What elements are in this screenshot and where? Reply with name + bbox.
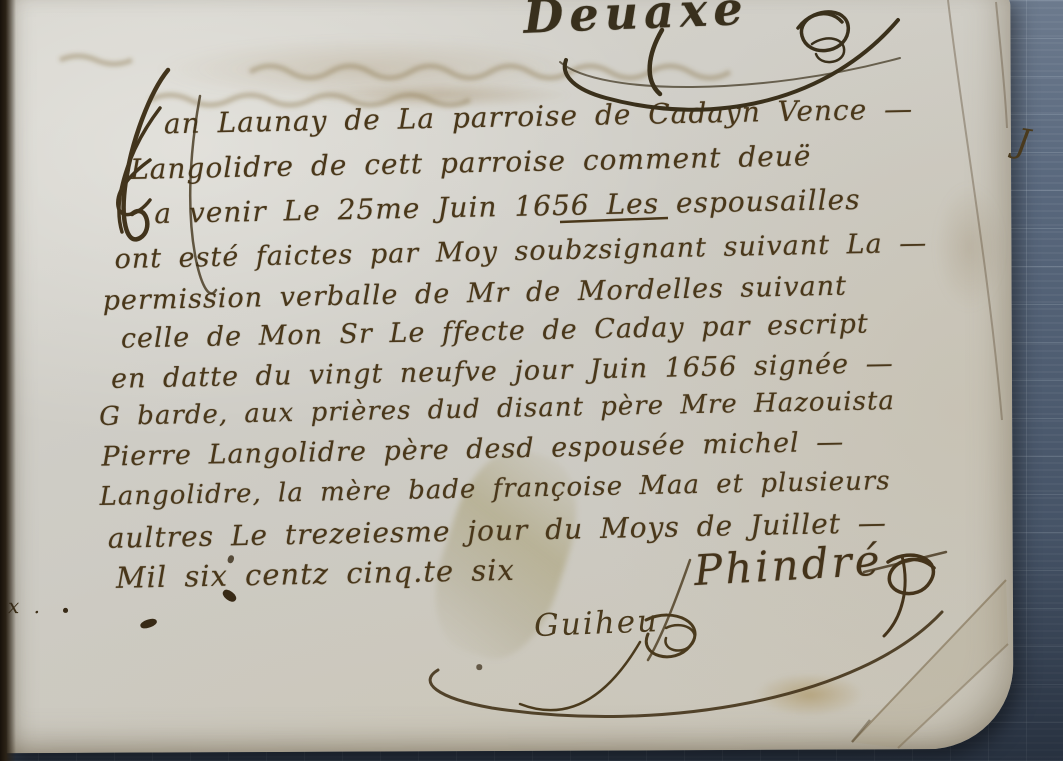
manuscript-line: Pierre Langolidre père desd espousée mic… — [101, 427, 844, 473]
manuscript-line: permission verballe de Mr de Mordelles s… — [102, 271, 847, 317]
header-flourished-word: Deuaxe — [522, 0, 749, 44]
manuscript-line: Mil six centz cinq.te six — [116, 553, 516, 595]
signature-guiheu: Guiheu — [533, 603, 659, 644]
manuscript-line: celle de Mon Sr Le ffecte de Caday par e… — [121, 309, 869, 355]
ink-speck — [476, 664, 482, 670]
paper-stain — [154, 36, 584, 102]
manuscript-line: ont esté faictes par Moy soubzsignant su… — [114, 228, 927, 275]
manuscript-line: G barde, aux prières dud disant père Mre… — [99, 386, 895, 432]
paper-stain — [754, 672, 864, 716]
paper-stain — [934, 182, 1005, 312]
manuscript-line: Langolidre, la mère bade françoise Maa e… — [99, 466, 891, 512]
signature-phindre: Phindré — [693, 535, 884, 595]
book-gutter-shadow — [0, 0, 16, 761]
ink-speck — [139, 617, 158, 630]
ink-speck — [63, 608, 68, 613]
manuscript-line: Langolidre de cett parroise comment deuë — [130, 139, 812, 186]
manuscript-line: a venir Le 25me Juin 1656 Les espousaill… — [154, 183, 861, 230]
manuscript-paper-sheet: Deuaxe an Launay de La parroise de Caday… — [3, 0, 1013, 753]
manuscript-line: an Launay de La parroise de Cadayn Vence… — [164, 92, 914, 140]
